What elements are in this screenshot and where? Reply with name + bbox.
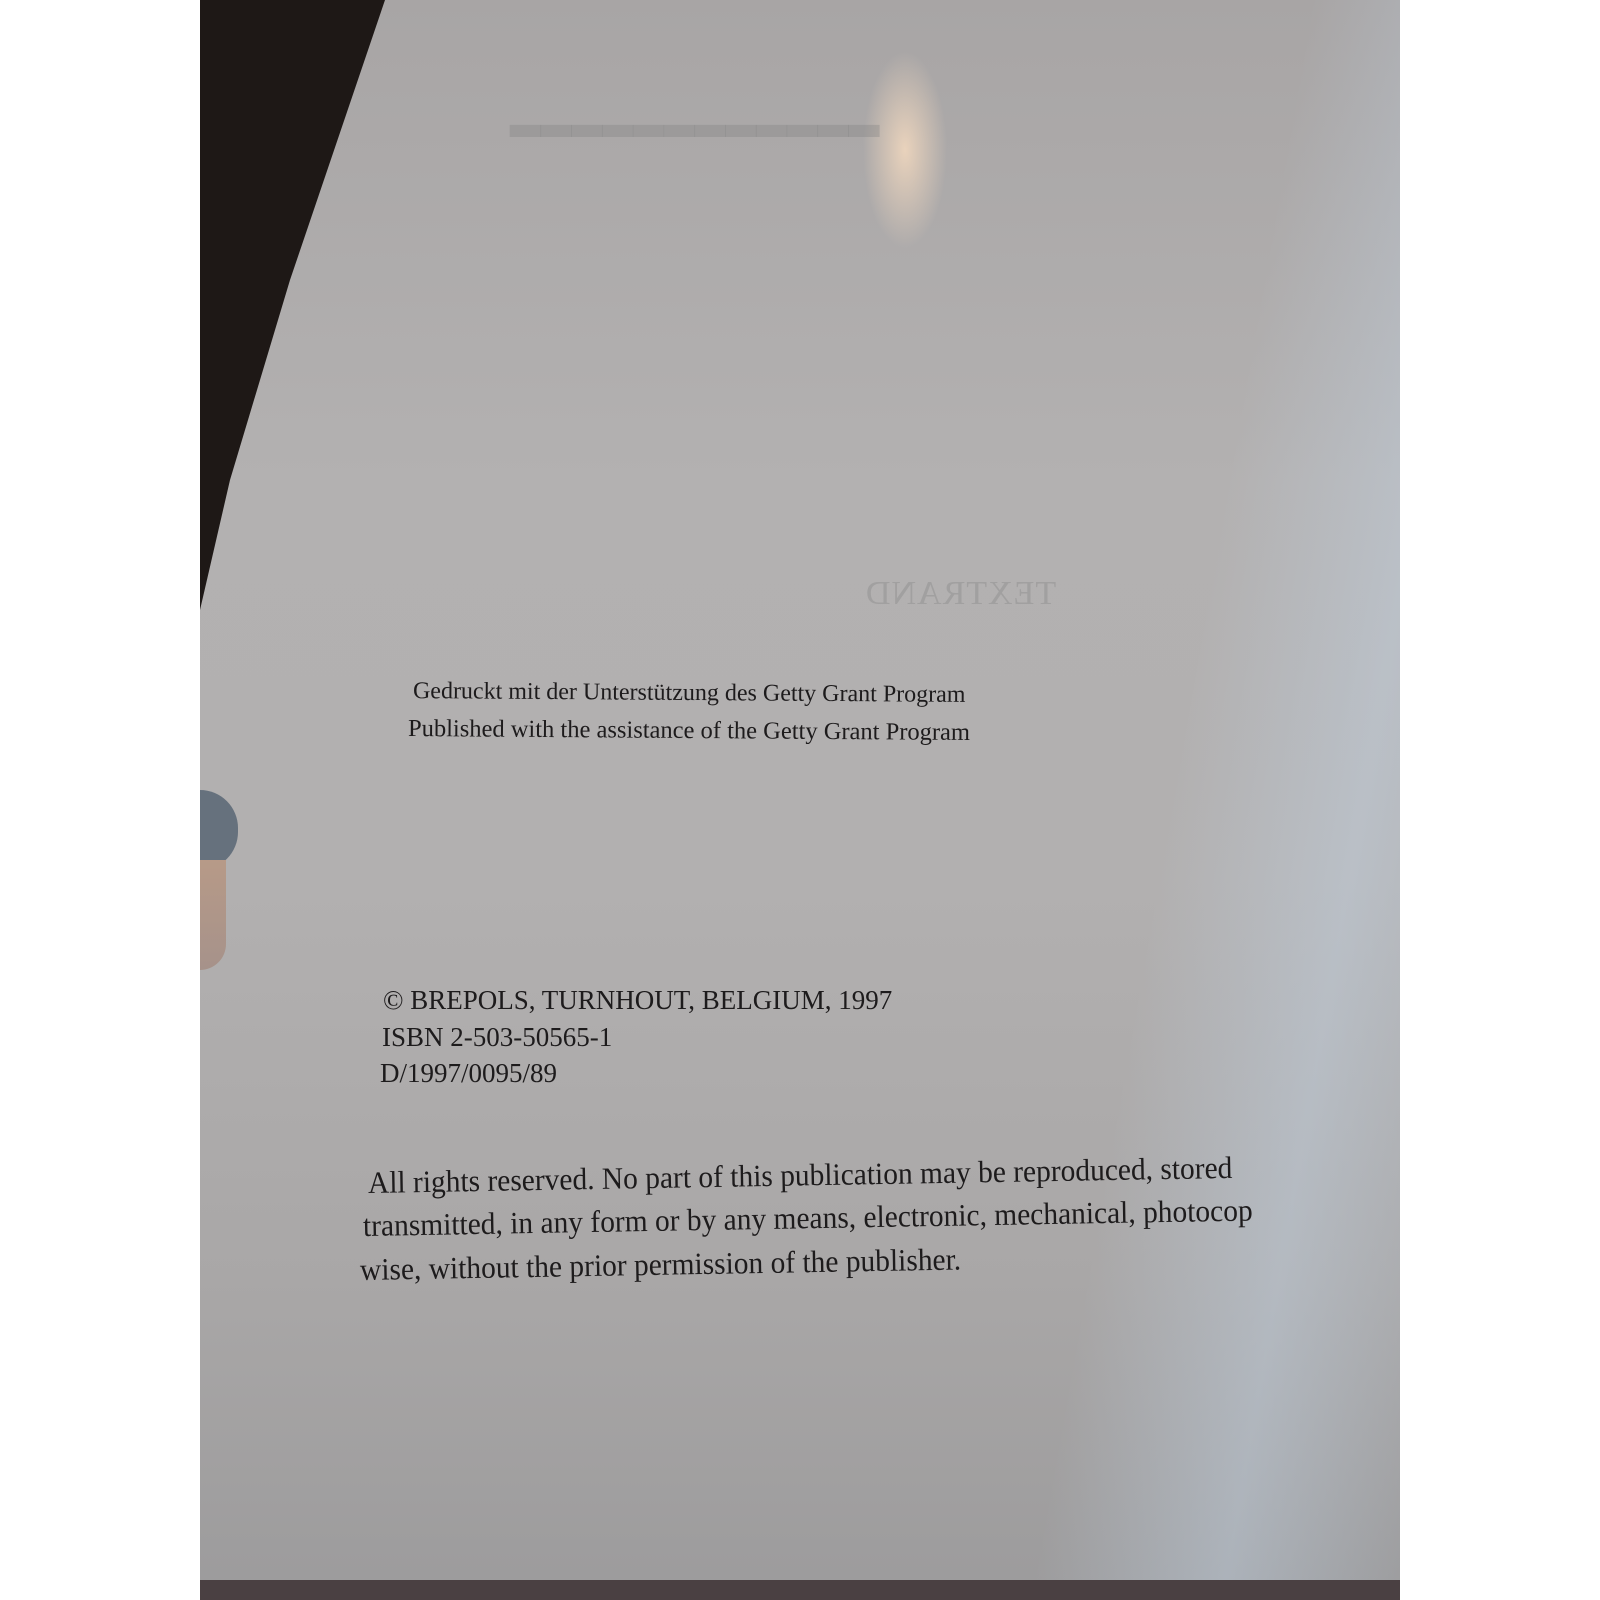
show-through-text: ▂▂▂▂▂▂▂▂▂▂▂▂ xyxy=(510,90,879,137)
rights-statement-line: transmitted, in any form or by any means… xyxy=(363,1192,1253,1244)
book-photo: ▂▂▂▂▂▂▂▂▂▂▂▂ TEXTRAND Gedruckt mit der U… xyxy=(200,0,1400,1600)
thumbnail-of-thumb xyxy=(200,790,238,870)
rights-statement-line: All rights reserved. No part of this pub… xyxy=(368,1150,1233,1201)
legal-deposit-line: D/1997/0095/89 xyxy=(380,1058,557,1089)
grant-notice-english: Published with the assistance of the Get… xyxy=(408,715,970,747)
show-through-text: TEXTRAND xyxy=(865,575,1056,613)
thumb-skin xyxy=(200,860,226,970)
isbn-line: ISBN 2-503-50565-1 xyxy=(382,1022,612,1053)
rights-statement-line: wise, without the prior permission of th… xyxy=(360,1242,962,1288)
grant-notice-german: Gedruckt mit der Unterstützung des Getty… xyxy=(413,678,966,709)
background-surface xyxy=(200,1580,1400,1600)
copyright-line: © BREPOLS, TURNHOUT, BELGIUM, 1997 xyxy=(383,985,892,1016)
book-page: ▂▂▂▂▂▂▂▂▂▂▂▂ TEXTRAND Gedruckt mit der U… xyxy=(200,0,1400,1600)
